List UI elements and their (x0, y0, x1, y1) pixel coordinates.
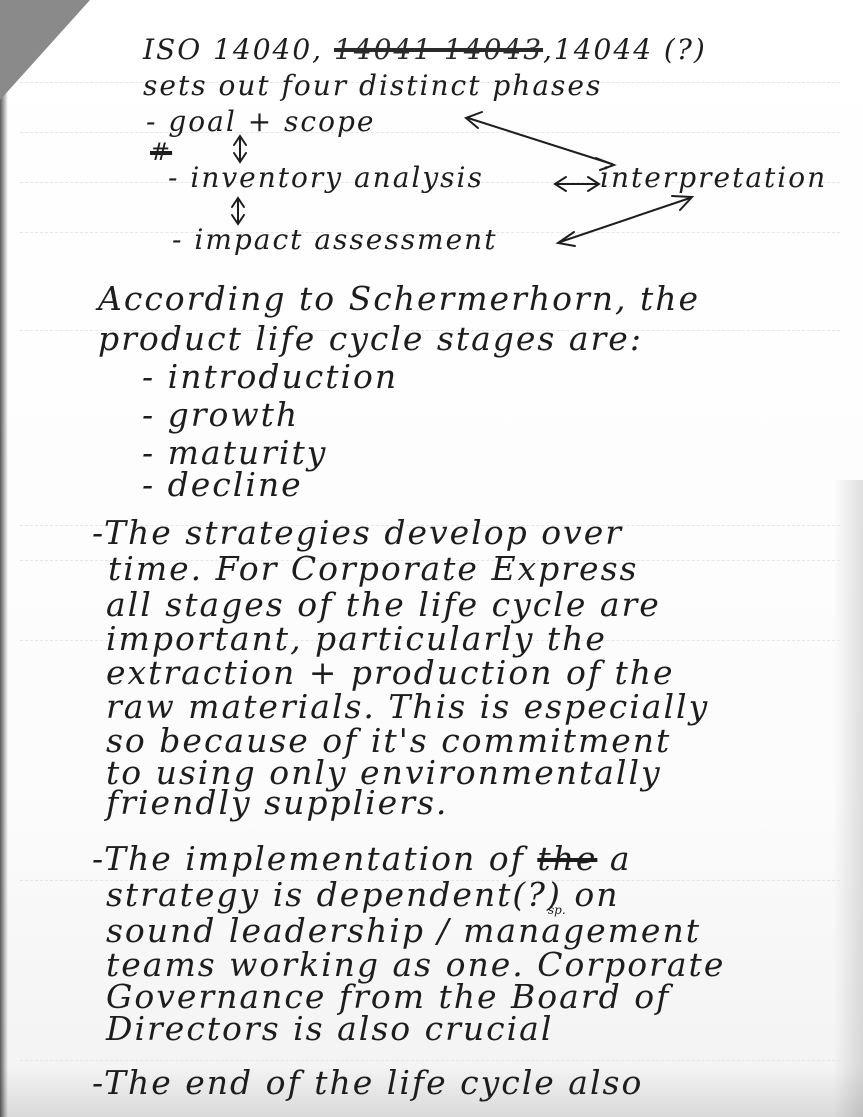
schermerhorn-line-1: According to Schermerhorn, the (98, 282, 700, 315)
iso-standard-suffix: ,14044 (?) (543, 33, 707, 66)
implementation-text: strategy is dependent(?) on (106, 875, 619, 914)
implementation-text-suffix: a (610, 839, 632, 878)
strategies-line: important, particularly the (106, 622, 607, 655)
stage-growth: - growth (142, 398, 299, 431)
end-of-life-cycle-line: -The end of the life cycle also (92, 1066, 643, 1099)
double-arrow-icon (555, 177, 599, 191)
iso-line-2: sets out four distinct phases (143, 72, 602, 100)
strategies-line: raw materials. This is especially (106, 690, 709, 723)
page-shadow-right (833, 480, 863, 1117)
implementation-text: -The implementation of (92, 839, 525, 878)
stage-decline: - decline (142, 468, 303, 501)
implementation-line-2: strategy is dependent(?) on (106, 878, 619, 911)
schermerhorn-line-2: product life cycle stages are: (98, 322, 643, 355)
phase-inventory-analysis: - inventory analysis (168, 164, 484, 192)
strategies-line: all stages of the life cycle are (106, 588, 661, 621)
strategies-line: -The strategies develop over (92, 516, 623, 549)
implementation-line: sound leadership / management (106, 914, 701, 947)
double-arrow-icon (558, 196, 692, 246)
strategies-line: time. For Corporate Express (108, 552, 638, 585)
folded-corner (0, 0, 90, 100)
phase-impact-assessment: - impact assessment (172, 226, 497, 254)
stage-introduction: - introduction (142, 360, 398, 393)
notebook-page: ISO 14040, 14041 14043,14044 (?) sets ou… (0, 0, 863, 1117)
iso-line-1: ISO 14040, 14041 14043,14044 (?) (143, 36, 707, 64)
double-arrow-icon (234, 136, 246, 162)
struck-text: the (537, 839, 597, 878)
strategies-line: extraction + production of the (106, 656, 675, 689)
ruled-line (20, 1060, 840, 1061)
implementation-line-1: -The implementation of the a (92, 842, 632, 875)
binding-edge (0, 0, 8, 1117)
implementation-line: Directors is also crucial (106, 1012, 553, 1045)
double-arrow-icon (232, 198, 244, 224)
double-arrow-icon (466, 112, 614, 170)
struck-text: 14041 14043 (334, 33, 543, 66)
strategies-line: friendly suppliers. (106, 786, 448, 819)
ruled-line (20, 132, 840, 133)
phase-goal-scope: - goal + scope (146, 108, 375, 136)
phase-interpretation: interpretation (600, 164, 827, 192)
iso-standard-text: ISO 14040, (143, 33, 323, 66)
